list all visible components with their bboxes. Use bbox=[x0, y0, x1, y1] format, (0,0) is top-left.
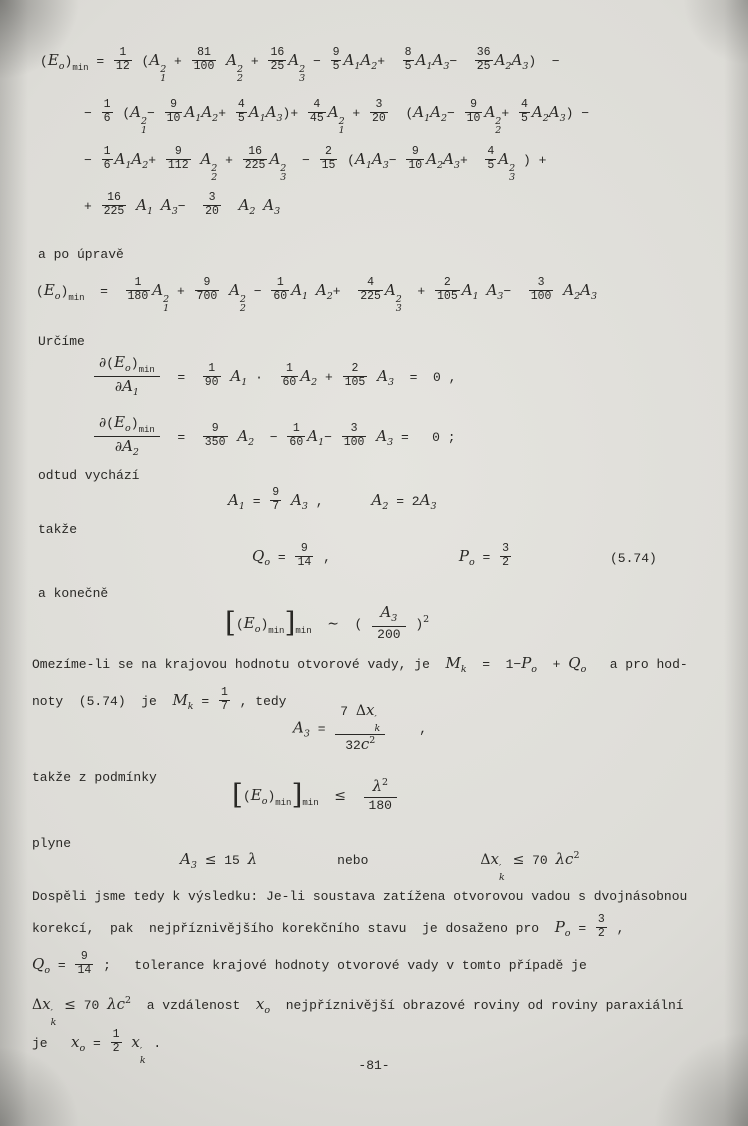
math-t: , tedy bbox=[232, 694, 287, 709]
math-f: 45 bbox=[236, 99, 247, 126]
math-v: x bbox=[42, 995, 50, 1013]
math-t: − bbox=[389, 153, 405, 168]
math-df: ∂(Eo)min∂A2 bbox=[94, 413, 160, 460]
math-f: 3100 bbox=[342, 423, 367, 450]
equation-emin-expanded-line2: − 16 (A21− 910A1A2+ 45A1A3)+ 445A21 + 32… bbox=[84, 100, 589, 135]
math-v: A bbox=[355, 150, 366, 168]
math-t: − bbox=[503, 284, 526, 299]
math-v: A bbox=[149, 51, 160, 69]
math-f: 215 bbox=[320, 146, 338, 173]
math-t: − bbox=[178, 199, 201, 214]
math-v: A bbox=[360, 51, 371, 69]
math-df: A3200 bbox=[372, 603, 405, 643]
math-v: E bbox=[48, 51, 59, 69]
math-t: je bbox=[32, 1036, 71, 1051]
math-t: + bbox=[148, 153, 164, 168]
math-f: 32 bbox=[500, 543, 511, 570]
math-b: 3 bbox=[391, 613, 397, 624]
math-v: A bbox=[130, 103, 141, 121]
math-v: A bbox=[237, 427, 248, 445]
math-p: 2 bbox=[423, 614, 429, 625]
math-v: A bbox=[288, 51, 299, 69]
math-v: A bbox=[385, 281, 396, 299]
math-bb: ] bbox=[291, 778, 302, 811]
math-v: A bbox=[131, 150, 142, 168]
math-v: A bbox=[372, 150, 383, 168]
equation-emin-expanded-line4: + 16225 A1 A3− 320 A2 A3 bbox=[84, 193, 280, 220]
label-takze-z-podminky: takže z podmínky bbox=[32, 770, 157, 785]
math-v: λ bbox=[248, 850, 258, 868]
math-t: + bbox=[345, 106, 368, 121]
math-v: λ bbox=[556, 850, 566, 868]
math-f: 160 bbox=[271, 277, 289, 304]
math-v: λ bbox=[107, 995, 117, 1013]
label-plyne: plyne bbox=[32, 836, 71, 851]
math-v: A bbox=[426, 150, 437, 168]
math-t: + bbox=[377, 54, 400, 69]
math-t: Dospěli jsme tedy k výsledku: Je-li sous… bbox=[32, 889, 687, 904]
math-v: A bbox=[230, 367, 241, 385]
math-df: 7 Δx′k32c2 bbox=[335, 701, 385, 755]
math-t: − bbox=[449, 54, 472, 69]
math-o: ≤ bbox=[334, 788, 346, 804]
math-t: ( bbox=[243, 789, 251, 804]
math-f: 95 bbox=[331, 47, 342, 74]
math-t: − bbox=[447, 106, 463, 121]
math-o: Δ bbox=[32, 997, 42, 1013]
equation-qo-po-values: Qo = 914 ,Po = 32 bbox=[252, 544, 513, 571]
math-t: − bbox=[84, 106, 100, 121]
math-v: Q bbox=[252, 547, 264, 565]
math-t bbox=[283, 494, 291, 509]
math-f: 32 bbox=[596, 914, 607, 941]
math-t: ) bbox=[408, 617, 424, 632]
math-v: x bbox=[366, 701, 374, 719]
math-t: a vzdálenost bbox=[131, 998, 256, 1013]
math-v: A bbox=[511, 51, 522, 69]
math-v: A bbox=[443, 150, 454, 168]
math-f: 9700 bbox=[195, 277, 220, 304]
math-f: 910 bbox=[465, 99, 483, 126]
math-v: E bbox=[44, 281, 55, 299]
math-f: 81100 bbox=[192, 47, 217, 74]
math-v: x bbox=[131, 1033, 139, 1051]
math-rb: min bbox=[268, 626, 284, 636]
math-v: A bbox=[549, 103, 560, 121]
math-f: 2105 bbox=[435, 277, 460, 304]
math-rb: min bbox=[295, 626, 311, 636]
equation-emin-expanded-line1: (Eo)min = 112 (A21 + 81100 A22 + 1625A23… bbox=[40, 48, 560, 83]
equation-condition-lambda: [(Eo)min]min ≤ λ2180 bbox=[232, 778, 399, 815]
math-f: 320 bbox=[370, 99, 388, 126]
math-t: Omezíme-li se na krajovou hodnotu otvoro… bbox=[32, 657, 445, 672]
math-t: = bbox=[194, 694, 217, 709]
math-v: A bbox=[430, 103, 441, 121]
math-t: 15 bbox=[216, 853, 247, 868]
math-t: + bbox=[84, 199, 100, 214]
math-t bbox=[218, 54, 226, 69]
math-v: x bbox=[491, 850, 499, 868]
math-t: , bbox=[315, 550, 331, 565]
math-v: A bbox=[293, 718, 304, 736]
math-f: 3625 bbox=[475, 47, 493, 74]
math-t bbox=[312, 617, 328, 632]
math-v: A bbox=[200, 150, 211, 168]
math-v: A bbox=[307, 427, 318, 445]
math-t: = bbox=[162, 370, 201, 385]
math-v: Q bbox=[568, 654, 580, 672]
math-t: ( bbox=[106, 416, 114, 431]
math-t: = bbox=[162, 430, 201, 445]
math-t: = 0 ; bbox=[393, 430, 455, 445]
math-t: ( bbox=[40, 54, 48, 69]
math-bb: ] bbox=[284, 606, 295, 639]
math-v: A bbox=[239, 196, 250, 214]
math-v: A bbox=[377, 367, 388, 385]
math-t: + bbox=[169, 284, 192, 299]
label-odtud-vychazi: odtud vychází bbox=[38, 468, 139, 483]
math-t: ( bbox=[390, 106, 413, 121]
math-v: c bbox=[361, 735, 369, 753]
math-v: P bbox=[521, 654, 531, 672]
math-f: 914 bbox=[75, 951, 93, 978]
math-t bbox=[369, 370, 377, 385]
math-t: ) − bbox=[528, 54, 559, 69]
math-t: 200 bbox=[377, 627, 400, 642]
math-t: ; tolerance krajové hodnoty otvorové vad… bbox=[95, 958, 586, 973]
math-df: ∂(Eo)min∂A1 bbox=[94, 353, 160, 400]
math-v: A bbox=[201, 103, 212, 121]
equation-partial-derivative-a1: ∂(Eo)min∂A1 = 190 A1 · 160A2 + 2105 A3 =… bbox=[92, 354, 456, 401]
math-v: P bbox=[459, 547, 469, 565]
math-f: 910 bbox=[406, 146, 424, 173]
math-t: + bbox=[460, 153, 483, 168]
math-v: A bbox=[152, 281, 163, 299]
math-v: A bbox=[532, 103, 543, 121]
math-df: λ2180 bbox=[364, 777, 397, 814]
math-bb: [ bbox=[225, 606, 236, 639]
math-f: 45 bbox=[519, 99, 530, 126]
math-f: 2105 bbox=[343, 363, 368, 390]
math-t: = bbox=[571, 921, 594, 936]
math-b: 2 bbox=[133, 447, 139, 458]
math-t: nejpříznivější obrazové roviny od roviny… bbox=[270, 998, 683, 1013]
math-f: 85 bbox=[403, 47, 414, 74]
math-rb: min bbox=[68, 293, 84, 303]
math-t: = bbox=[245, 494, 268, 509]
math-v: A bbox=[380, 603, 391, 621]
math-v: E bbox=[114, 353, 125, 371]
math-rb: min bbox=[139, 365, 155, 375]
math-o: ∂ bbox=[115, 379, 122, 395]
math-v: A bbox=[136, 196, 147, 214]
math-t: − bbox=[286, 153, 317, 168]
math-v: A bbox=[328, 103, 339, 121]
math-f: 1625 bbox=[268, 47, 286, 74]
math-t bbox=[56, 998, 64, 1013]
math-t: + bbox=[317, 370, 340, 385]
math-t: korekcí, pak nejpříznivějšího korekčního… bbox=[32, 921, 555, 936]
math-v: A bbox=[413, 103, 424, 121]
equation-a3-value: A3 = 7 Δx′k32c2, bbox=[293, 702, 427, 756]
math-f: 45 bbox=[485, 146, 496, 173]
math-t bbox=[346, 789, 362, 804]
math-v: A bbox=[228, 491, 239, 509]
math-p: 2 bbox=[573, 850, 579, 861]
math-b: 3 bbox=[430, 501, 436, 512]
math-t: ( bbox=[236, 617, 244, 632]
math-t: ) − bbox=[566, 106, 589, 121]
math-v: A bbox=[484, 103, 495, 121]
math-o: Δ bbox=[356, 703, 366, 719]
page-number: -81- bbox=[0, 1058, 748, 1073]
math-v: A bbox=[495, 51, 506, 69]
math-bb: [ bbox=[232, 778, 243, 811]
paragraph-conclusion: Dospěli jsme tedy k výsledku: Je-li sous… bbox=[32, 882, 744, 1065]
math-v: A bbox=[416, 51, 427, 69]
math-rb: min bbox=[139, 425, 155, 435]
math-t: = bbox=[85, 1036, 108, 1051]
equation-emin-simplified: (Eo)min = 1180A21 + 9700 A22 − 160A1 A2+… bbox=[36, 278, 597, 313]
math-t: , bbox=[609, 921, 625, 936]
math-v: A bbox=[122, 377, 133, 395]
equation-number-574: (5.74) bbox=[610, 551, 657, 566]
math-rb: min bbox=[302, 798, 318, 808]
math-v: E bbox=[251, 786, 262, 804]
math-t: ( bbox=[106, 356, 114, 371]
math-v: E bbox=[244, 614, 255, 632]
math-f: 190 bbox=[203, 363, 221, 390]
math-v: A bbox=[115, 150, 126, 168]
math-v: A bbox=[580, 281, 591, 299]
math-v: A bbox=[180, 850, 191, 868]
math-v: c bbox=[117, 995, 125, 1013]
math-t: 7 bbox=[340, 704, 356, 719]
math-t: − bbox=[147, 106, 163, 121]
math-o: ≤ bbox=[513, 852, 525, 868]
math-t: ) + bbox=[515, 153, 546, 168]
label-urcime: Určíme bbox=[38, 334, 85, 349]
math-f: 9350 bbox=[203, 423, 228, 450]
math-rb: min bbox=[72, 63, 88, 73]
math-t: − bbox=[305, 54, 328, 69]
math-f: 1180 bbox=[126, 277, 151, 304]
math-f: 4225 bbox=[358, 277, 383, 304]
math-f: 97 bbox=[270, 487, 281, 514]
equation-partial-derivative-a2: ∂(Eo)min∂A2 = 9350 A2 − 160A1− 3100 A3 =… bbox=[92, 414, 456, 461]
math-f: 12 bbox=[111, 1029, 122, 1056]
math-t: )+ bbox=[283, 106, 306, 121]
math-t bbox=[319, 789, 335, 804]
math-t: = bbox=[50, 958, 73, 973]
math-o: Δ bbox=[480, 852, 490, 868]
math-t: + bbox=[218, 106, 234, 121]
math-b: 1 bbox=[133, 387, 139, 398]
math-v: A bbox=[226, 51, 237, 69]
math-v: A bbox=[291, 281, 302, 299]
math-p: 2 bbox=[369, 735, 375, 746]
math-v: A bbox=[372, 491, 383, 509]
math-v: A bbox=[563, 281, 574, 299]
math-t: − bbox=[324, 430, 340, 445]
math-v: A bbox=[462, 281, 473, 299]
math-f: 16 bbox=[102, 146, 113, 173]
equation-a1-a2-relations: A1 = 97 A3 ,A2 = 2A3 bbox=[228, 488, 437, 515]
math-t: ( bbox=[339, 153, 355, 168]
math-t: = bbox=[270, 550, 293, 565]
math-t: + bbox=[243, 54, 266, 69]
label-a-po-uprave: a po úpravě bbox=[38, 247, 124, 262]
math-b: 3 bbox=[274, 206, 280, 217]
math-t: ( bbox=[36, 284, 44, 299]
math-v: M bbox=[172, 691, 187, 709]
math-f: 914 bbox=[295, 543, 313, 570]
math-t: ( bbox=[134, 54, 150, 69]
math-v: A bbox=[291, 491, 302, 509]
math-o: ∼ bbox=[327, 616, 339, 632]
math-f: 445 bbox=[308, 99, 326, 126]
math-t: = 2 bbox=[388, 494, 419, 509]
math-t: · bbox=[247, 370, 278, 385]
math-t: + bbox=[166, 54, 189, 69]
math-f: 160 bbox=[281, 363, 299, 390]
equation-tolerance-result: A3 ≤ 15 λneboΔx′k ≤ 70 λc2 bbox=[180, 850, 579, 882]
math-t bbox=[197, 853, 205, 868]
math-t bbox=[153, 199, 161, 214]
math-t: 70 bbox=[524, 853, 555, 868]
math-t: − bbox=[84, 153, 100, 168]
math-t: = bbox=[475, 550, 498, 565]
math-t: 32 bbox=[345, 738, 361, 753]
math-f: 112 bbox=[114, 47, 132, 74]
math-f: 16225 bbox=[243, 146, 268, 173]
math-v: A bbox=[498, 150, 509, 168]
math-t: − bbox=[254, 430, 285, 445]
math-o: ≤ bbox=[64, 997, 76, 1013]
math-t: = bbox=[310, 721, 333, 736]
document-page: (Eo)min = 112 (A21 + 81100 A22 + 1625A23… bbox=[0, 0, 748, 1126]
math-t: + bbox=[217, 153, 240, 168]
math-f: 9112 bbox=[166, 146, 191, 173]
math-t: , bbox=[419, 721, 427, 736]
math-v: Q bbox=[32, 955, 44, 973]
math-v: A bbox=[486, 281, 497, 299]
math-v: A bbox=[122, 437, 133, 455]
math-f: 17 bbox=[219, 687, 230, 714]
math-t: 70 bbox=[76, 998, 107, 1013]
math-f: 3100 bbox=[529, 277, 554, 304]
math-o: ≤ bbox=[205, 852, 217, 868]
math-o: ∂ bbox=[115, 439, 122, 455]
math-t: ( bbox=[115, 106, 131, 121]
math-t: = 1− bbox=[467, 657, 522, 672]
math-v: A bbox=[316, 281, 327, 299]
equation-emin-expanded-line3: − 16A1A2+ 9112 A22 + 16225A23 − 215 (A1A… bbox=[84, 147, 546, 182]
math-t: = 0 , bbox=[394, 370, 456, 385]
equation-emin-min-approx: [(Eo)min]min ∼ ( A3200 )2 bbox=[225, 604, 429, 644]
label-a-konecne: a konečně bbox=[38, 586, 108, 601]
math-t: a pro hod- bbox=[586, 657, 687, 672]
math-v: λ bbox=[372, 777, 382, 795]
math-v: M bbox=[445, 654, 460, 672]
math-t: ( bbox=[339, 617, 370, 632]
math-t bbox=[308, 284, 316, 299]
math-t: ) bbox=[131, 416, 139, 431]
math-f: 160 bbox=[287, 423, 305, 450]
math-v: P bbox=[555, 918, 565, 936]
math-t: + bbox=[501, 106, 517, 121]
math-f: 910 bbox=[165, 99, 183, 126]
math-t: − bbox=[246, 284, 269, 299]
math-t: nebo bbox=[337, 853, 368, 868]
math-t bbox=[128, 199, 136, 214]
math-v: A bbox=[263, 196, 274, 214]
label-takze: takže bbox=[38, 522, 77, 537]
math-b: 3 bbox=[591, 291, 597, 302]
math-v: A bbox=[249, 103, 260, 121]
math-v: A bbox=[420, 491, 431, 509]
math-v: A bbox=[343, 51, 354, 69]
math-t: + bbox=[402, 284, 433, 299]
math-f: 320 bbox=[203, 192, 221, 219]
math-ss: ′k bbox=[375, 715, 381, 733]
math-v: A bbox=[161, 196, 172, 214]
math-t: , bbox=[308, 494, 324, 509]
math-f: 16 bbox=[102, 99, 113, 126]
math-t: + bbox=[333, 284, 356, 299]
math-t: 180 bbox=[369, 798, 392, 813]
math-v: A bbox=[229, 281, 240, 299]
math-rb: min bbox=[275, 798, 291, 808]
math-t: = bbox=[85, 284, 124, 299]
math-t: + bbox=[537, 657, 568, 672]
math-v: A bbox=[300, 367, 311, 385]
math-t bbox=[223, 199, 239, 214]
math-v: A bbox=[376, 427, 387, 445]
math-t: . bbox=[146, 1036, 162, 1051]
math-t: noty (5.74) je bbox=[32, 694, 172, 709]
math-v: A bbox=[184, 103, 195, 121]
math-v: E bbox=[114, 413, 125, 431]
math-v: A bbox=[432, 51, 443, 69]
math-f: 16225 bbox=[102, 192, 127, 219]
math-v: A bbox=[269, 150, 280, 168]
math-t bbox=[221, 284, 229, 299]
math-p: 2 bbox=[382, 777, 388, 788]
math-v: A bbox=[266, 103, 277, 121]
math-t: ) bbox=[131, 356, 139, 371]
math-t: = bbox=[89, 54, 112, 69]
math-t bbox=[505, 853, 513, 868]
